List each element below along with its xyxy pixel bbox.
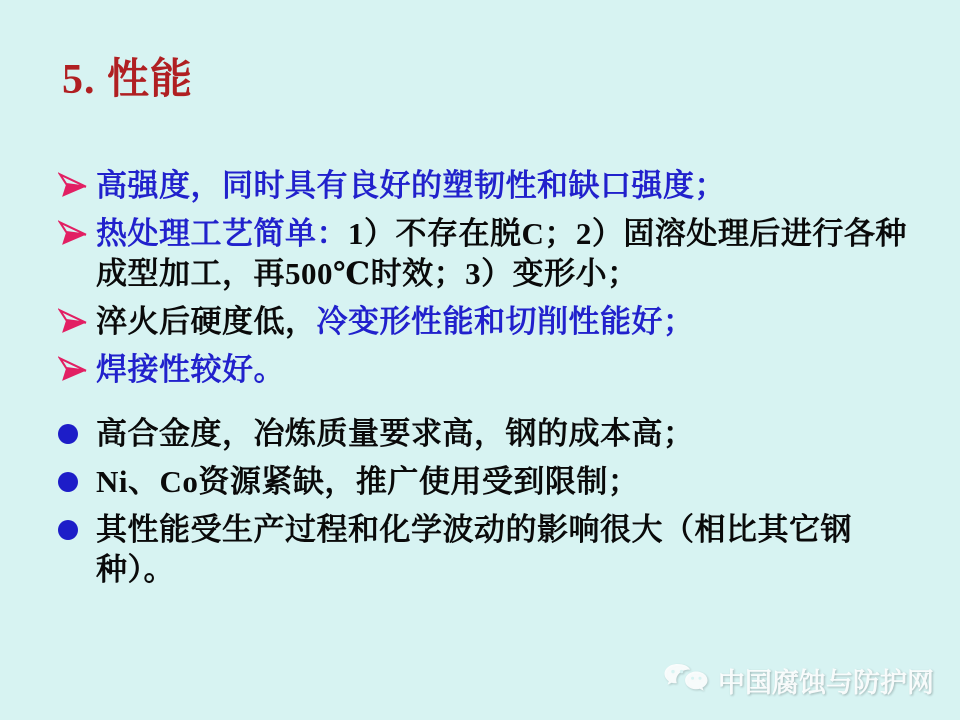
- list-item: 热处理工艺简单：1）不存在脱C；2）固溶处理后进行各种成型加工，再500℃时效；…: [58, 214, 916, 294]
- page-title: 5. 性能: [62, 46, 193, 106]
- bullet-text: 淬火后硬度低，冷变形性能和切削性能好；: [96, 302, 916, 342]
- circle-bullet-icon: [58, 414, 96, 444]
- list-item: 高合金度，冶炼质量要求高，钢的成本高；: [58, 414, 916, 454]
- arrow-bullet-icon: [58, 214, 96, 248]
- arrow-bullet-icon: [58, 166, 96, 200]
- list-item: 淬火后硬度低，冷变形性能和切削性能好；: [58, 302, 916, 342]
- watermark: 中国腐蚀与防护网: [663, 661, 934, 700]
- text-segment: 焊接性较好。: [96, 352, 285, 387]
- bullet-text: Ni、Co资源紧缺，推广使用受到限制；: [96, 462, 916, 502]
- advantages-list: 高强度，同时具有良好的塑韧性和缺口强度； 热处理工艺简单：1）不存在脱C；2）固…: [58, 166, 916, 398]
- text-segment: 冷变形性能和切削性能好；: [317, 304, 695, 339]
- text-segment: 热处理工艺简单：: [96, 216, 348, 251]
- presentation-slide: 5. 性能 高强度，同时具有良好的塑韧性和缺口强度； 热处理工: [0, 0, 960, 720]
- text-segment: 高合金度，冶炼质量要求高，钢的成本高；: [96, 416, 695, 451]
- text-segment: 高强度，同时具有良好的塑韧性和缺口强度；: [96, 168, 726, 203]
- bullet-text: 焊接性较好。: [96, 350, 916, 390]
- circle-bullet-icon: [58, 510, 96, 540]
- arrow-bullet-icon: [58, 302, 96, 336]
- wechat-icon: [663, 663, 709, 699]
- bullet-text: 其性能受生产过程和化学波动的影响很大（相比其它钢种）。: [96, 510, 916, 590]
- circle-bullet-icon: [58, 462, 96, 492]
- watermark-text: 中国腐蚀与防护网: [718, 661, 934, 700]
- disadvantages-list: 高合金度，冶炼质量要求高，钢的成本高； Ni、Co资源紧缺，推广使用受到限制； …: [58, 414, 916, 598]
- list-item: 其性能受生产过程和化学波动的影响很大（相比其它钢种）。: [58, 510, 916, 590]
- bullet-text: 高强度，同时具有良好的塑韧性和缺口强度；: [96, 166, 916, 206]
- bullet-text: 高合金度，冶炼质量要求高，钢的成本高；: [96, 414, 916, 454]
- list-item: Ni、Co资源紧缺，推广使用受到限制；: [58, 462, 916, 502]
- list-item: 焊接性较好。: [58, 350, 916, 390]
- bullet-text: 热处理工艺简单：1）不存在脱C；2）固溶处理后进行各种成型加工，再500℃时效；…: [96, 214, 916, 294]
- arrow-bullet-icon: [58, 350, 96, 384]
- text-segment: 其性能受生产过程和化学波动的影响很大（相比其它钢种）。: [96, 512, 852, 587]
- text-segment: Ni、Co资源紧缺，推广使用受到限制；: [96, 464, 639, 499]
- list-item: 高强度，同时具有良好的塑韧性和缺口强度；: [58, 166, 916, 206]
- text-segment: 淬火后硬度低，: [96, 304, 317, 339]
